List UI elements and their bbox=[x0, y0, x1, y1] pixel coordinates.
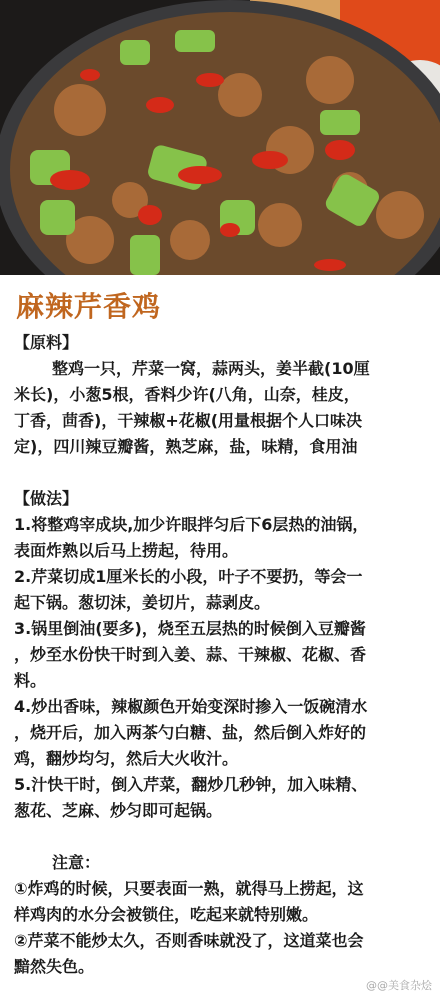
notes-line: ①炸鸡的时候，只要表面一熟，就得马上捞起，这 bbox=[14, 876, 434, 902]
method-line: 表面炸熟以后马上捞起，待用。 bbox=[14, 538, 434, 564]
method-section: 【做法】 1.将整鸡宰成块,加少许眼拌匀后下6层热的油锅， 表面炸熟以后马上捞起… bbox=[14, 486, 434, 824]
ingredients-heading: 【原料】 bbox=[14, 330, 434, 356]
method-line: 4.炒出香味，辣椒颜色开始变深时掺入一饭碗清水 bbox=[14, 694, 434, 720]
ingredients-line: 定)，四川辣豆瓣酱，熟芝麻，盐，味精，食用油 bbox=[14, 434, 434, 460]
method-line: 2.芹菜切成1厘米长的小段，叶子不要扔，等会一 bbox=[14, 564, 434, 590]
notes-line: 样鸡肉的水分会被锁住，吃起来就特别嫩。 bbox=[14, 902, 434, 928]
ingredients-line: 整鸡一只，芹菜一窝，蒜两头，姜半截(10厘 bbox=[14, 356, 434, 382]
method-line: ，烧开后，加入两茶勺白糖、盐，然后倒入炸好的 bbox=[14, 720, 434, 746]
recipe-title: 麻辣芹香鸡 bbox=[16, 285, 161, 325]
method-line: 鸡，翻炒均匀，然后大火收汁。 bbox=[14, 746, 434, 772]
ingredients-section: 【原料】 整鸡一只，芹菜一窝，蒜两头，姜半截(10厘 米长)，小葱5根，香料少许… bbox=[14, 330, 434, 460]
dish-photo bbox=[0, 0, 440, 275]
method-heading: 【做法】 bbox=[14, 486, 434, 512]
ingredients-line: 米长)，小葱5根，香料少许(八角，山奈，桂皮， bbox=[14, 382, 434, 408]
dish-photo-icon bbox=[0, 0, 440, 275]
method-line: 料。 bbox=[14, 668, 434, 694]
method-line: 1.将整鸡宰成块,加少许眼拌匀后下6层热的油锅， bbox=[14, 512, 434, 538]
notes-heading: 注意： bbox=[14, 850, 434, 876]
ingredients-line: 丁香，茴香)，干辣椒+花椒(用量根据个人口味决 bbox=[14, 408, 434, 434]
method-line: 葱花、芝麻、炒匀即可起锅。 bbox=[14, 798, 434, 824]
watermark: @@美食杂烩 bbox=[366, 977, 432, 993]
notes-section: 注意： ①炸鸡的时候，只要表面一熟，就得马上捞起，这 样鸡肉的水分会被锁住，吃起… bbox=[14, 850, 434, 980]
method-line: 5.汁快干时，倒入芹菜，翻炒几秒钟，加入味精、 bbox=[14, 772, 434, 798]
method-line: 3.锅里倒油(要多)，烧至五层热的时候倒入豆瓣酱 bbox=[14, 616, 434, 642]
method-line: ，炒至水份快干时到入姜、蒜、干辣椒、花椒、香 bbox=[14, 642, 434, 668]
notes-line: ②芹菜不能炒太久，否则香味就没了，这道菜也会 bbox=[14, 928, 434, 954]
method-line: 起下锅。葱切沫，姜切片，蒜剥皮。 bbox=[14, 590, 434, 616]
